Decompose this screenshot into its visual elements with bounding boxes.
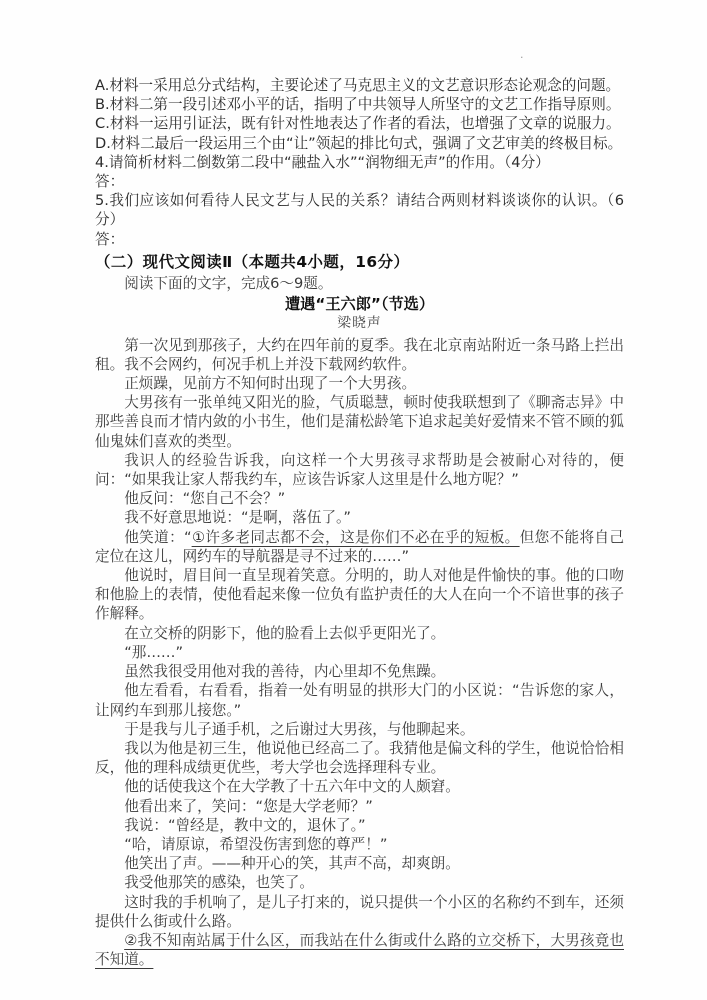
paragraph: 我以为他是初三生，他说他已经高二了。我猜他是偏文科的学生，他说恰恰相反，他的理科… bbox=[95, 739, 624, 777]
paragraph: 正烦躁，见前方不知何时出现了一个大男孩。 bbox=[95, 374, 624, 393]
paragraph: 我受他那笑的感染，也笑了。 bbox=[95, 873, 624, 892]
paragraph: ②我不知南站属于什么区，而我站在什么街或什么路的立交桥下，大男孩竟也不知道。 bbox=[95, 931, 624, 969]
text-run: 我识人的经验告诉我，向这样一个大男孩寻求帮助是会被耐心对待的，便问：“如果我让家… bbox=[95, 452, 624, 488]
text-run: 4.请简析材料二倒数第二段中“融盐入水”“润物细无声”的作用。（4分） bbox=[95, 154, 550, 171]
option: B.材料二第一段引述邓小平的话，指明了中共领导人所坚守的文艺工作指导原则。 bbox=[95, 95, 624, 114]
question: 4.请简析材料二倒数第二段中“融盐入水”“润物细无声”的作用。（4分） bbox=[95, 153, 624, 172]
author: 梁晓声 bbox=[95, 314, 624, 333]
text-run: 梁晓声 bbox=[337, 315, 381, 331]
paragraph: 这时我的手机响了，是儿子打来的，说只提供一个小区的名称约不到车，还须提供什么街或… bbox=[95, 893, 624, 931]
text-run: 我不好意思地说：“是啊，落伍了。” bbox=[124, 509, 351, 526]
underlined-sentence: ②我不知南站属于什么区，而我站在什么街或什么路的立交桥下，大男孩竟也不知道。 bbox=[95, 932, 624, 968]
section-heading: （二）现代文阅读Ⅱ（本题共4小题，16分） bbox=[95, 253, 624, 272]
scan-speck: · bbox=[520, 52, 524, 63]
text-run: 他笑道：“ bbox=[124, 529, 191, 546]
text-run: 答： bbox=[95, 173, 124, 190]
underlined-sentence: ①许多老同志都不会，这是你们不必在乎的短板。 bbox=[192, 529, 520, 546]
paragraph: 他笑出了声。——种开心的笑，其声不高，却爽朗。 bbox=[95, 854, 624, 873]
text-run: 在立交桥的阴影下，他的脸看上去似乎更阳光了。 bbox=[124, 625, 445, 642]
text-run: 我说：“曾经是，教中文的，退休了。” bbox=[124, 817, 365, 834]
paragraph: 我不好意思地说：“是啊，落伍了。” bbox=[95, 508, 624, 527]
paragraph: 他说时，眉目间一直呈现着笑意。分明的，助人对他是件愉快的事。他的口吻和他脸上的表… bbox=[95, 566, 624, 624]
text-run: 他看出来了，笑问：“您是大学老师？” bbox=[124, 798, 373, 815]
document-body: A.材料一采用总分式结构，主要论述了马克思主义的文艺意识形态论观念的问题。B.材… bbox=[95, 76, 624, 969]
paragraph: 他左看看，右看看，指着一处有明显的拱形大门的小区说：“告诉您的家人，让网约车到那… bbox=[95, 681, 624, 719]
text-run: “哈，请原谅，希望没伤害到您的尊严！” bbox=[124, 836, 387, 853]
option: C.材料一运用引证法，既有针对性地表达了作者的看法，也增强了文章的说服力。 bbox=[95, 114, 624, 133]
answer: 答： bbox=[95, 230, 624, 249]
intro: 阅读下面的文字，完成6～9题。 bbox=[95, 274, 624, 293]
text-run: 正烦躁，见前方不知何时出现了一个大男孩。 bbox=[124, 375, 416, 392]
text-run: 他说时，眉目间一直呈现着笑意。分明的，助人对他是件愉快的事。他的口吻和他脸上的表… bbox=[95, 567, 624, 622]
text-run: 阅读下面的文字，完成6～9题。 bbox=[124, 275, 332, 292]
text-run: 我受他那笑的感染，也笑了。 bbox=[124, 874, 314, 891]
title: 遭遇“王六郎”（节选） bbox=[95, 295, 624, 314]
text-run: 这时我的手机响了，是儿子打来的，说只提供一个小区的名称约不到车，还须提供什么街或… bbox=[95, 894, 624, 930]
text-run: 虽然我很受用他对我的善待，内心里却不免焦躁。 bbox=[124, 663, 445, 680]
paragraph: 他反问：“您自己不会？” bbox=[95, 489, 624, 508]
text-run: 答： bbox=[95, 231, 124, 248]
option: D.材料二最后一段运用三个由“让”领起的排比句式，强调了文艺审美的终极目标。 bbox=[95, 134, 624, 153]
text-run: 他笑出了声。——种开心的笑，其声不高，却爽朗。 bbox=[124, 855, 460, 872]
text-run: 遭遇“王六郎”（节选） bbox=[285, 295, 434, 313]
question: 5.我们应该如何看待人民文艺与人民的关系？请结合两则材料谈谈你的认识。（6分） bbox=[95, 191, 624, 229]
scanned-exam-page: · A.材料一采用总分式结构，主要论述了马克思主义的文艺意识形态论观念的问题。B… bbox=[0, 0, 707, 1000]
paragraph: 我识人的经验告诉我，向这样一个大男孩寻求帮助是会被耐心对待的，便问：“如果我让家… bbox=[95, 451, 624, 489]
text-run: C.材料一运用引证法，既有针对性地表达了作者的看法，也增强了文章的说服力。 bbox=[95, 115, 621, 132]
text-run: 于是我与儿子通手机，之后谢过大男孩，与他聊起来。 bbox=[124, 721, 474, 738]
text-run: D.材料二最后一段运用三个由“让”领起的排比句式，强调了文艺审美的终极目标。 bbox=[95, 135, 622, 152]
text-run: 第一次见到那孩子，大约在四年前的夏季。我在北京南站附近一条马路上拦出租。我不会网… bbox=[95, 337, 624, 373]
paragraph: 于是我与儿子通手机，之后谢过大男孩，与他聊起来。 bbox=[95, 720, 624, 739]
text-run: 他的话使我这个在大学教了十五六年中文的人颇窘。 bbox=[124, 778, 460, 795]
paragraph: 他看出来了，笑问：“您是大学老师？” bbox=[95, 797, 624, 816]
paragraph: 我说：“曾经是，教中文的，退休了。” bbox=[95, 816, 624, 835]
text-run: 大男孩有一张单纯又阳光的脸，气质聪慧，顿时使我联想到了《聊斋志异》中那些善良而才… bbox=[95, 394, 624, 449]
text-run: 5.我们应该如何看待人民文艺与人民的关系？请结合两则材料谈谈你的认识。（6分） bbox=[95, 192, 624, 228]
paragraph: 第一次见到那孩子，大约在四年前的夏季。我在北京南站附近一条马路上拦出租。我不会网… bbox=[95, 336, 624, 374]
paragraph: 他笑道：“①许多老同志都不会，这是你们不必在乎的短板。但您不能将自己定位在这儿，… bbox=[95, 528, 624, 566]
text-run: 他反问：“您自己不会？” bbox=[124, 490, 285, 507]
text-run: A.材料一采用总分式结构，主要论述了马克思主义的文艺意识形态论观念的问题。 bbox=[95, 77, 620, 94]
text-run: B.材料二第一段引述邓小平的话，指明了中共领导人所坚守的文艺工作指导原则。 bbox=[95, 96, 620, 113]
text-run: （二）现代文阅读Ⅱ（本题共4小题，16分） bbox=[95, 253, 409, 271]
text-run: 我以为他是初三生，他说他已经高二了。我猜他是偏文科的学生，他说恰恰相反，他的理科… bbox=[95, 740, 624, 776]
paragraph: 大男孩有一张单纯又阳光的脸，气质聪慧，顿时使我联想到了《聊斋志异》中那些善良而才… bbox=[95, 393, 624, 451]
paragraph: 在立交桥的阴影下，他的脸看上去似乎更阳光了。 bbox=[95, 624, 624, 643]
text-run: “那……” bbox=[124, 644, 183, 661]
text-run: 他左看看，右看看，指着一处有明显的拱形大门的小区说：“告诉您的家人，让网约车到那… bbox=[95, 682, 624, 718]
paragraph: 虽然我很受用他对我的善待，内心里却不免焦躁。 bbox=[95, 662, 624, 681]
paragraph: “那……” bbox=[95, 643, 624, 662]
answer: 答： bbox=[95, 172, 624, 191]
paragraph: “哈，请原谅，希望没伤害到您的尊严！” bbox=[95, 835, 624, 854]
option: A.材料一采用总分式结构，主要论述了马克思主义的文艺意识形态论观念的问题。 bbox=[95, 76, 624, 95]
paragraph: 他的话使我这个在大学教了十五六年中文的人颇窘。 bbox=[95, 777, 624, 796]
